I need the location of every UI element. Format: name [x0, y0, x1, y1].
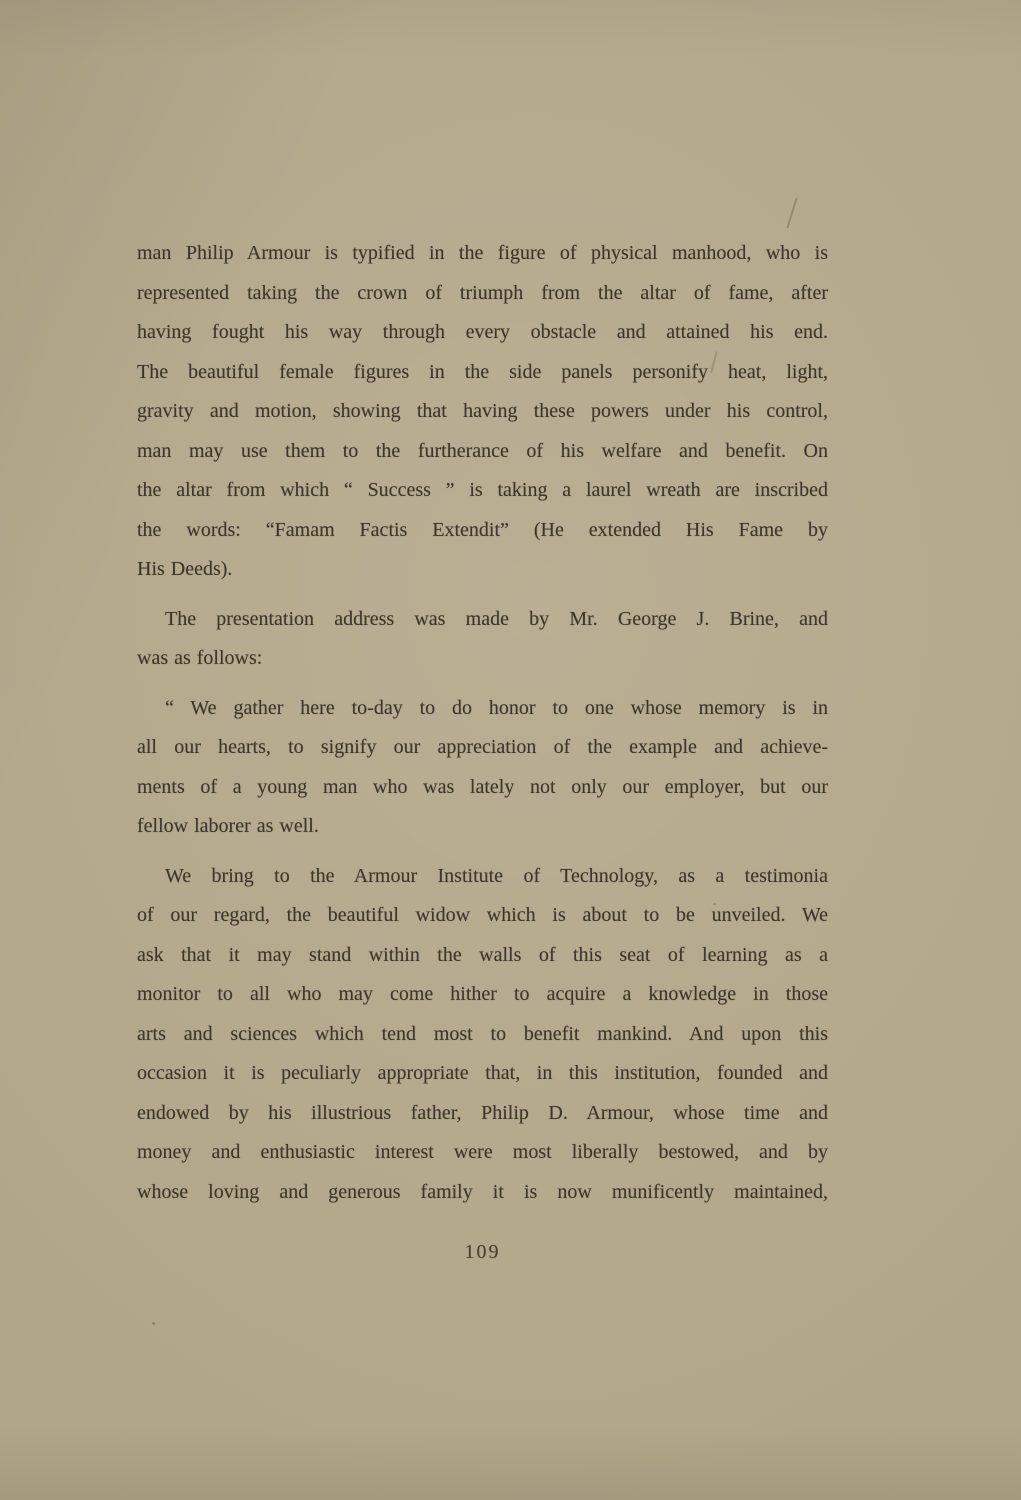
text-line: arts and sciences which tend most to ben… — [137, 1015, 828, 1055]
paragraph: The presentation address was made by Mr.… — [137, 600, 828, 679]
paper-speck — [152, 1322, 155, 1325]
text-line: all our hearts, to signify our appreciat… — [137, 728, 828, 768]
text-line: ments of a young man who was lately not … — [137, 768, 828, 808]
paragraph: man Philip Armour is typified in the fig… — [137, 234, 828, 590]
text-line: gravity and motion, showing that having … — [137, 392, 828, 432]
text-line: man Philip Armour is typified in the fig… — [137, 234, 828, 274]
text-line: the words: “Famam Factis Extendit” (He e… — [137, 511, 828, 551]
text-line: having fought his way through every obst… — [137, 313, 828, 353]
text-line: The presentation address was made by Mr.… — [137, 600, 828, 640]
text-line: His Deeds). — [137, 550, 828, 590]
paragraph: “ We gather here to-day to do honor to o… — [137, 689, 828, 847]
text-line: “ We gather here to-day to do honor to o… — [137, 689, 828, 729]
paper-speck — [713, 903, 716, 905]
text-line: The beautiful female figures in the side… — [137, 353, 828, 393]
scratch-mark — [786, 197, 797, 228]
text-line: man may use them to the furtherance of h… — [137, 432, 828, 472]
text-line: was as follows: — [137, 639, 828, 679]
book-page-scan: man Philip Armour is typified in the fig… — [0, 0, 1021, 1500]
text-line: money and enthusiastic interest were mos… — [137, 1133, 828, 1173]
text-line: monitor to all who may come hither to ac… — [137, 975, 828, 1015]
text-line: the altar from which “ Success ” is taki… — [137, 471, 828, 511]
text-line: We bring to the Armour Institute of Tech… — [137, 857, 828, 897]
text-block: man Philip Armour is typified in the fig… — [137, 234, 828, 1212]
text-line: of our regard, the beautiful widow which… — [137, 896, 828, 936]
text-line: whose loving and generous family it is n… — [137, 1173, 828, 1213]
page-number: 109 — [137, 1241, 828, 1264]
paragraph: We bring to the Armour Institute of Tech… — [137, 857, 828, 1213]
text-line: endowed by his illustrious father, Phili… — [137, 1094, 828, 1134]
text-line: fellow laborer as well. — [137, 807, 828, 847]
text-line: represented taking the crown of triumph … — [137, 274, 828, 314]
text-line: occasion it is peculiarly appropriate th… — [137, 1054, 828, 1094]
text-line: ask that it may stand within the walls o… — [137, 936, 828, 976]
